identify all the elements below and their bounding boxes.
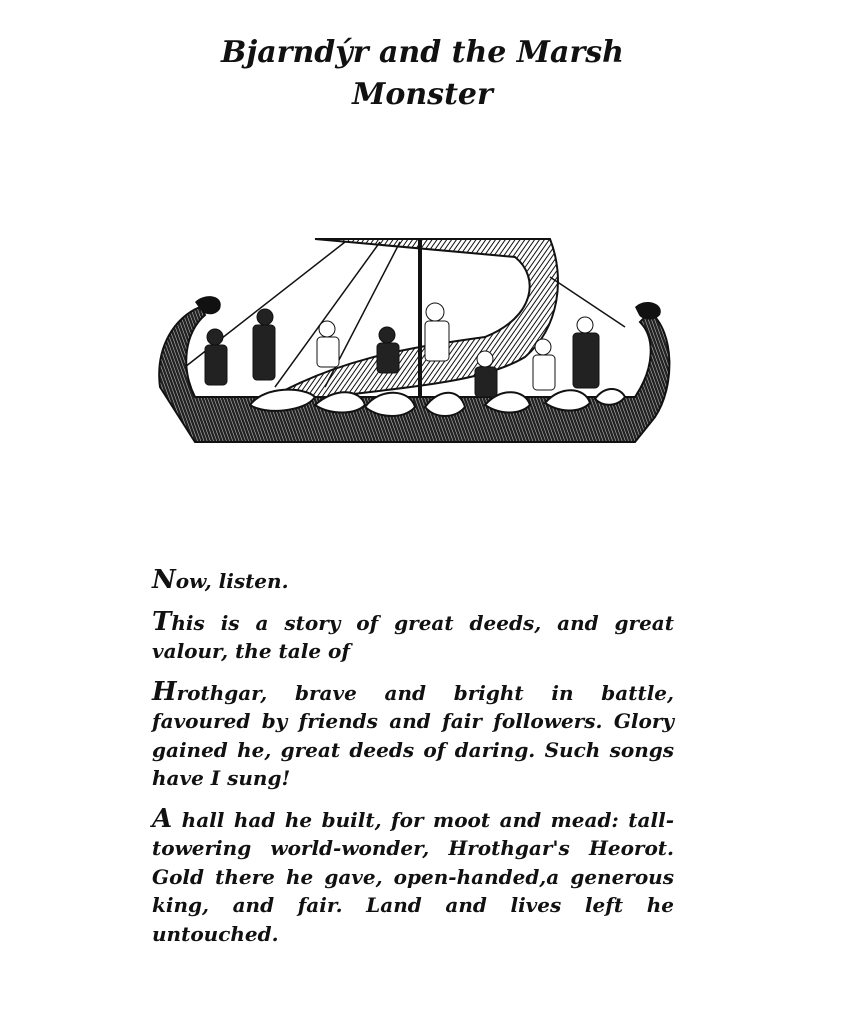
paragraph: Hrothgar, brave and bright in battle, fa… [152, 678, 674, 793]
viking-longship-illustration [155, 237, 675, 445]
document-title: Bjarndýr and the Marsh Monster [150, 32, 695, 116]
story-text: Now, listen. This is a story of great de… [152, 566, 674, 960]
paragraph: A hall had he built, for moot and mead: … [152, 805, 674, 949]
paragraph: This is a story of great deeds, and grea… [152, 608, 674, 666]
paragraph: Now, listen. [152, 566, 674, 596]
